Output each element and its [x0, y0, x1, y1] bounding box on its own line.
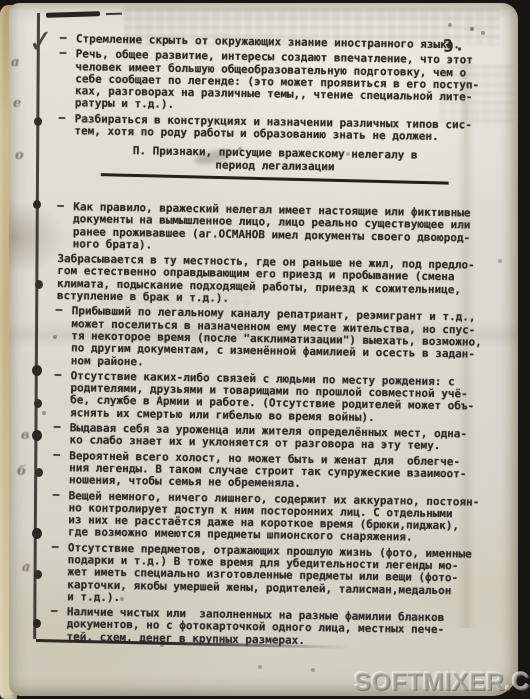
- bullet-item: – Речь, общее развитие, интересы создают…: [58, 48, 495, 116]
- margin-note-letter: б: [17, 464, 26, 479]
- bullet-text: Наличие чистых или заполненных на разные…: [66, 606, 486, 649]
- margin-note-letter: а: [11, 55, 19, 70]
- bullet-item: – Вещей немного, ничего лишнего, содержи…: [51, 489, 488, 545]
- bullet-text: Выдавая себя за уроженца или жителя опре…: [70, 422, 489, 453]
- bullet-dash: –: [52, 541, 59, 553]
- scanned-document-photo: а е о в б а ✓ 3. – Стремление скрыть от …: [0, 0, 530, 699]
- bullet-dash: –: [57, 200, 64, 212]
- bullet-dash: –: [60, 47, 67, 59]
- ink-speckles: [9, 3, 11, 5]
- bullet-dash: –: [55, 369, 62, 381]
- section-heading: П. Признаки, присущие вражескому нелегал…: [57, 144, 493, 183]
- bullet-item: – Как правило, вражеский нелегал имеет н…: [56, 201, 493, 257]
- bullet-dash: –: [53, 449, 60, 461]
- binding-stitch-marks: [34, 14, 40, 21]
- margin-note-letter: е: [13, 96, 21, 111]
- margin-note-letter: в: [21, 428, 30, 443]
- bullet-text: Вещей немного, ничего лишнего, содержит …: [68, 490, 488, 546]
- bullet-item: – Отсутствие каких-либо связей с людьми …: [53, 370, 490, 426]
- bullet-item: – Прибывший по легальному каналу репатри…: [54, 305, 491, 373]
- bullet-item: – Выдавая себя за уроженца или жителя оп…: [53, 422, 489, 453]
- bullet-text: Отсутствие каких-либо связей с людьми по…: [70, 370, 490, 426]
- bullet-dash: –: [51, 605, 58, 617]
- bullet-dash: –: [60, 32, 67, 44]
- margin-note-letter: о: [15, 148, 24, 163]
- bullet-item: Забрасывается в ту местность, где он ран…: [55, 253, 492, 309]
- bullet-dash: –: [53, 488, 60, 500]
- bullet-text: Речь, общее развитие, интересы создают в…: [75, 49, 495, 117]
- margin-note-letter: а: [22, 560, 30, 575]
- bullet-dash: –: [56, 304, 63, 316]
- softmixer-watermark: SOFTMIXER.COM: [354, 668, 530, 697]
- checkmark-annotation: ✓: [26, 23, 56, 62]
- bullet-item: – Вероятней всего холост, но может быть …: [52, 450, 489, 494]
- bullet-text: Отсутствие предметов, отражающих прошлую…: [67, 542, 487, 610]
- bullet-dash: –: [59, 112, 66, 124]
- bullet-text: Забрасывается в ту местность, где он ран…: [57, 253, 492, 309]
- bullet-text: Прибывший по легальному каналу репатриан…: [71, 306, 491, 374]
- heading-underline: [101, 173, 449, 185]
- bullet-text: Вероятней всего холост, но может быть и …: [69, 450, 489, 493]
- bullet-dash: –: [54, 421, 61, 433]
- bullet-item: – Наличие чистых или заполненных на разн…: [49, 606, 486, 650]
- bullet-text: Как правило, вражеский нелегал имеет нас…: [73, 201, 493, 257]
- typewritten-text-block: – Стремление скрыть от окружающих знание…: [49, 33, 495, 653]
- bullet-item: – Разбираться в конструкциях и назначени…: [57, 113, 493, 144]
- bullet-item: – Отсутствие предметов, отражающих прошл…: [50, 542, 487, 610]
- bullet-text: Разбираться в конструкциях и назначении …: [74, 113, 493, 144]
